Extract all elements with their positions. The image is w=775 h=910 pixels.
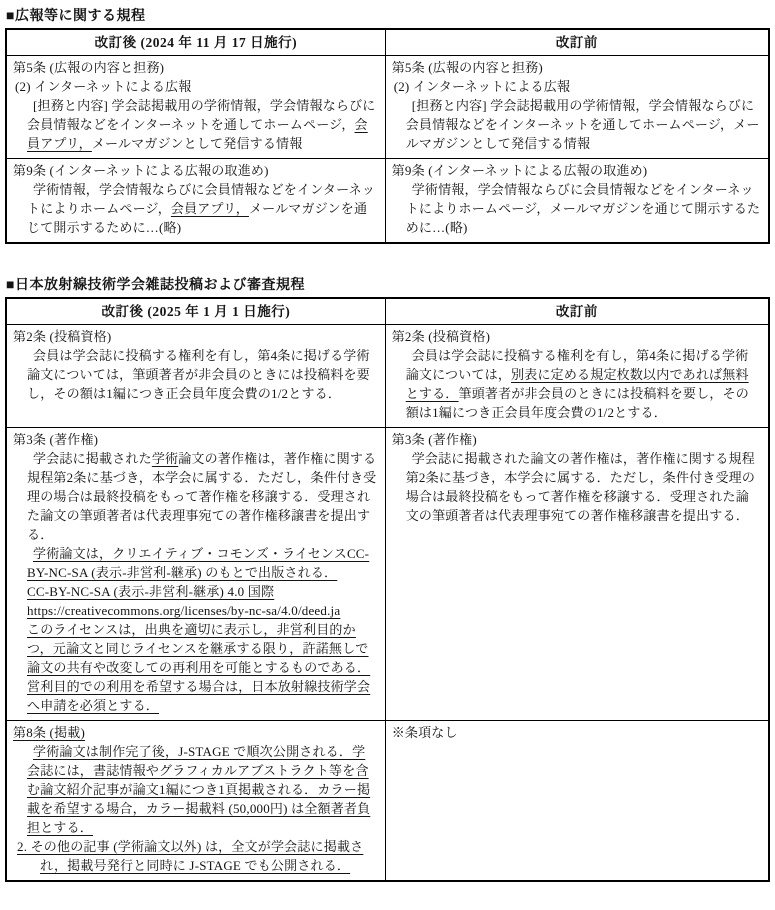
text-run: [担務と内容] 学会誌掲載用の学術情報，学会情報ならびに会員情報などをインターネ… xyxy=(27,98,376,132)
text-run: 学会誌に掲載された xyxy=(33,451,152,466)
paragraph: 学会誌に掲載された学術論文の著作権は，著作権に関する規程第2条に基づき，本学会に… xyxy=(13,449,378,544)
paragraph: 第3条 (著作権) xyxy=(13,430,378,449)
paragraph: (2) インターネットによる広報 xyxy=(392,77,761,96)
comparison-table-journal: 改訂後 (2025 年 1 月 1 日施行) 改訂前 第2条 (投稿資格)会員は… xyxy=(5,297,770,882)
text-run: 第5条 (広報の内容と担務) xyxy=(392,60,543,75)
text-run: 第2条 (投稿資格) xyxy=(392,329,490,344)
paragraph: 第5条 (広報の内容と担務) xyxy=(392,58,761,77)
text-run: 第3条 (著作権) xyxy=(13,432,98,447)
text-run: (2) インターネットによる広報 xyxy=(15,79,191,94)
after-cell: 第3条 (著作権)学会誌に掲載された学術論文の著作権は，著作権に関する規程第2条… xyxy=(6,428,385,721)
header-row: 改訂後 (2024 年 11 月 17 日施行) 改訂前 xyxy=(6,29,769,56)
text-run: 第9条 (インターネットによる広報の取進め) xyxy=(13,163,269,178)
text-run: 第2条 (投稿資格) xyxy=(13,329,111,344)
paragraph: 第9条 (インターネットによる広報の取進め) xyxy=(392,161,761,180)
paragraph: [担務と内容] 学会誌掲載用の学術情報，学会情報ならびに会員情報などをインターネ… xyxy=(13,96,378,153)
text-run: (2) インターネットによる広報 xyxy=(394,79,570,94)
paragraph: CC-BY-NC-SA (表示-非営利-継承) 4.0 国際 xyxy=(13,582,378,601)
after-cell: 第2条 (投稿資格)会員は学会誌に投稿する権利を有し，第4条に掲げる学術論文につ… xyxy=(6,325,385,428)
document-page: ■広報等に関する規程 改訂後 (2024 年 11 月 17 日施行) 改訂前 … xyxy=(0,0,775,910)
header-row: 改訂後 (2025 年 1 月 1 日施行) 改訂前 xyxy=(6,298,769,325)
paragraph: 第3条 (著作権) xyxy=(392,430,761,449)
paragraph: 会員は学会誌に投稿する権利を有し，第4条に掲げる学術論文については，筆頭著者が非… xyxy=(13,346,378,403)
paragraph: 第8条 (掲載) xyxy=(13,723,378,742)
before-cell: 第3条 (著作権)学会誌に掲載された論文の著作権は，著作権に関する規程第2条に基… xyxy=(385,428,769,721)
after-cell: 第5条 (広報の内容と担務)(2) インターネットによる広報[担務と内容] 学会… xyxy=(6,56,385,159)
revised-text: このライセンスは，出典を適切に表示し，非営利目的かつ，元論文と同じライセンスを継… xyxy=(27,622,370,713)
text-run: 学術情報，学会情報ならびに会員情報などをインターネットによりホームページ，メール… xyxy=(406,182,761,235)
comparison-table-pr: 改訂後 (2024 年 11 月 17 日施行) 改訂前 第5条 (広報の内容と… xyxy=(5,28,770,244)
paragraph: 会員は学会誌に投稿する権利を有し，第4条に掲げる学術論文については，別表に定める… xyxy=(392,346,761,422)
revised-text: 学術 xyxy=(152,451,178,466)
text-run: 第9条 (インターネットによる広報の取進め) xyxy=(392,163,648,178)
before-cell: 第9条 (インターネットによる広報の取進め)学術情報，学会情報ならびに会員情報な… xyxy=(385,159,769,244)
text-run: メールマガジンとして発信する情報 xyxy=(92,136,303,151)
paragraph: 学術論文は制作完了後，J-STAGE で順次公開される．学会誌には，書誌情報やグ… xyxy=(13,742,378,837)
paragraph: 学術情報，学会情報ならびに会員情報などをインターネットによりホームページ，会員ア… xyxy=(13,180,378,237)
paragraph: [担務と内容] 学会誌掲載用の学術情報，学会情報ならびに会員情報などをインターネ… xyxy=(392,96,761,153)
paragraph: ※条項なし xyxy=(392,723,761,742)
revised-text: 学術論文は，クリエイティブ・コモンズ・ライセンスCC-BY-NC-SA (表示-… xyxy=(27,546,369,580)
comparison-row: 第8条 (掲載)学術論文は制作完了後，J-STAGE で順次公開される．学会誌に… xyxy=(6,721,769,882)
text-run: [担務と内容] 学会誌掲載用の学術情報，学会情報ならびに会員情報などをインターネ… xyxy=(406,98,760,151)
comparison-row: 第3条 (著作権)学会誌に掲載された学術論文の著作権は，著作権に関する規程第2条… xyxy=(6,428,769,721)
paragraph: 2. その他の記事 (学術論文以外) は，全文が学会誌に掲載され，掲載号発行と同… xyxy=(13,837,378,875)
paragraph: 第5条 (広報の内容と担務) xyxy=(13,58,378,77)
paragraph: 学術論文は，クリエイティブ・コモンズ・ライセンスCC-BY-NC-SA (表示-… xyxy=(13,544,378,582)
paragraph: 第2条 (投稿資格) xyxy=(13,327,378,346)
text-run: ※条項なし xyxy=(392,725,458,740)
revised-text: 学術論文は制作完了後，J-STAGE で順次公開される．学会誌には，書誌情報やグ… xyxy=(27,744,370,835)
paragraph: (2) インターネットによる広報 xyxy=(13,77,378,96)
paragraph: 学会誌に掲載された論文の著作権は，著作権に関する規程第2条に基づき，本学会に属す… xyxy=(392,449,761,525)
section-journal-regulations: ■日本放射線技術学会雑誌投稿および審査規程 改訂後 (2025 年 1 月 1 … xyxy=(5,275,770,882)
after-cell: 第9条 (インターネットによる広報の取進め)学術情報，学会情報ならびに会員情報な… xyxy=(6,159,385,244)
before-column-header: 改訂前 xyxy=(385,298,769,325)
license-url: https://creativecommons.org/licenses/by-… xyxy=(27,603,340,618)
paragraph: 学術情報，学会情報ならびに会員情報などをインターネットによりホームページ，メール… xyxy=(392,180,761,237)
after-column-header: 改訂後 (2025 年 1 月 1 日施行) xyxy=(6,298,385,325)
after-cell: 第8条 (掲載)学術論文は制作完了後，J-STAGE で順次公開される．学会誌に… xyxy=(6,721,385,882)
license-url-line: https://creativecommons.org/licenses/by-… xyxy=(13,601,378,620)
text-run: 第3条 (著作権) xyxy=(392,432,477,447)
paragraph: 第2条 (投稿資格) xyxy=(392,327,761,346)
after-column-header: 改訂後 (2024 年 11 月 17 日施行) xyxy=(6,29,385,56)
before-cell: 第2条 (投稿資格)会員は学会誌に投稿する権利を有し，第4条に掲げる学術論文につ… xyxy=(385,325,769,428)
revised-text: 会員アプリ， xyxy=(171,201,249,216)
before-cell: 第5条 (広報の内容と担務)(2) インターネットによる広報[担務と内容] 学会… xyxy=(385,56,769,159)
paragraph: このライセンスは，出典を適切に表示し，非営利目的かつ，元論文と同じライセンスを継… xyxy=(13,620,378,715)
before-column-header: 改訂前 xyxy=(385,29,769,56)
revised-text: 2. その他の記事 (学術論文以外) は，全文が学会誌に掲載され，掲載号発行と同… xyxy=(17,839,363,873)
comparison-row: 第2条 (投稿資格)会員は学会誌に投稿する権利を有し，第4条に掲げる学術論文につ… xyxy=(6,325,769,428)
text-run: 会員は学会誌に投稿する権利を有し，第4条に掲げる学術論文については，筆頭著者が非… xyxy=(27,348,370,401)
text-run: 第5条 (広報の内容と担務) xyxy=(13,60,164,75)
revised-text: 第8条 (掲載) xyxy=(13,725,85,740)
before-cell: ※条項なし xyxy=(385,721,769,882)
section-pr-regulations: ■広報等に関する規程 改訂後 (2024 年 11 月 17 日施行) 改訂前 … xyxy=(5,6,770,244)
paragraph: 第9条 (インターネットによる広報の取進め) xyxy=(13,161,378,180)
section-title-journal: ■日本放射線技術学会雑誌投稿および審査規程 xyxy=(6,275,770,293)
text-run: 学会誌に掲載された論文の著作権は，著作権に関する規程第2条に基づき，本学会に属す… xyxy=(406,451,755,523)
revised-text: CC-BY-NC-SA (表示-非営利-継承) 4.0 国際 xyxy=(27,584,274,599)
comparison-row: 第9条 (インターネットによる広報の取進め)学術情報，学会情報ならびに会員情報な… xyxy=(6,159,769,244)
section-title-pr: ■広報等に関する規程 xyxy=(6,6,770,24)
comparison-row: 第5条 (広報の内容と担務)(2) インターネットによる広報[担務と内容] 学会… xyxy=(6,56,769,159)
